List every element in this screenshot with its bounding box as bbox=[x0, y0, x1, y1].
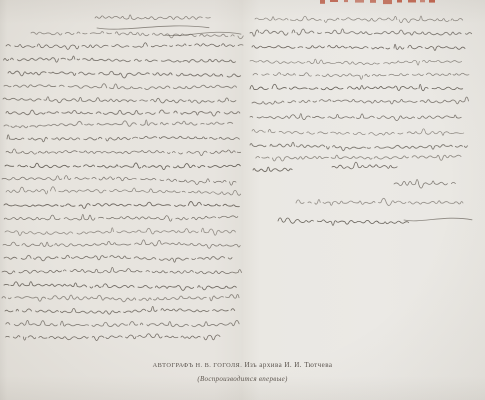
handwriting-line-left bbox=[4, 282, 236, 291]
postscript-line bbox=[296, 198, 463, 205]
handwriting-line-left bbox=[5, 163, 240, 170]
handwriting-line-left bbox=[6, 43, 243, 50]
caption-source: Изъ архива И. И. Тютчева bbox=[244, 361, 332, 369]
cropped-red-title-fragment bbox=[383, 0, 392, 4]
handwriting-line-left bbox=[6, 149, 241, 156]
handwriting-word bbox=[253, 167, 292, 171]
handwriting-line-right bbox=[255, 16, 463, 23]
handwriting-line-left bbox=[4, 201, 239, 208]
letter-valediction bbox=[332, 162, 397, 169]
handwriting-line-left bbox=[5, 228, 235, 236]
handwriting-line-right bbox=[250, 84, 463, 90]
salutation-underline-flourish bbox=[97, 26, 209, 29]
handwriting-line-right bbox=[250, 114, 461, 121]
handwriting-line-right bbox=[256, 155, 461, 161]
handwriting-line-left bbox=[4, 84, 237, 90]
handwriting-line-left bbox=[3, 97, 236, 104]
cropped-red-title-fragment bbox=[355, 0, 364, 3]
handwriting-line-right bbox=[250, 59, 462, 65]
handwriting-line-left bbox=[3, 240, 240, 248]
handwriting-line-left bbox=[6, 110, 240, 116]
cropped-red-title-fragment bbox=[370, 0, 376, 3]
caption: АВТОГРАФЪ Н. В. ГОГОЛЯ. Изъ архива И. И.… bbox=[0, 361, 485, 383]
caption-title: АВТОГРАФЪ Н. В. ГОГОЛЯ. bbox=[153, 362, 243, 369]
handwriting-line-left bbox=[7, 135, 239, 142]
cropped-red-title-fragment bbox=[330, 0, 338, 2]
cropped-red-title-fragment bbox=[420, 0, 425, 2]
letter-salutation bbox=[95, 15, 210, 20]
handwriting-line-left bbox=[2, 294, 239, 301]
handwriting-line-right bbox=[252, 97, 468, 104]
handwriting-line-left bbox=[4, 255, 232, 262]
postscript-line bbox=[278, 218, 409, 226]
handwriting-ink-layer bbox=[0, 0, 485, 400]
handwriting-line-left bbox=[5, 306, 235, 314]
handwriting-line-left bbox=[6, 334, 220, 341]
handwriting-line-right bbox=[250, 142, 467, 150]
handwriting-line-left bbox=[6, 187, 241, 195]
cropped-red-title-fragment bbox=[429, 0, 435, 3]
handwriting-line-right bbox=[250, 29, 472, 36]
caption-line-1: АВТОГРАФЪ Н. В. ГОГОЛЯ. Изъ архива И. И.… bbox=[0, 361, 485, 369]
cropped-red-title-fragment bbox=[344, 0, 348, 2]
caption-note: (Воспроизводится впервые) bbox=[0, 375, 485, 383]
cropped-red-title-fragment bbox=[397, 0, 402, 3]
gogol-signature bbox=[394, 180, 455, 189]
handwriting-line-left bbox=[4, 56, 236, 62]
handwriting-line-left bbox=[2, 267, 241, 274]
handwriting-line-left bbox=[4, 214, 238, 221]
cropped-red-title-fragment bbox=[320, 0, 325, 4]
handwriting-line-right bbox=[252, 44, 465, 50]
handwriting-line-left bbox=[2, 176, 236, 186]
cropped-red-title-fragment bbox=[408, 0, 416, 3]
handwriting-line-left bbox=[6, 320, 239, 326]
manuscript-photo: АВТОГРАФЪ Н. В. ГОГОЛЯ. Изъ архива И. И.… bbox=[0, 0, 485, 400]
handwriting-line-right bbox=[252, 129, 464, 136]
handwriting-line-right bbox=[253, 73, 469, 80]
postscript-tail-flourish bbox=[404, 218, 472, 221]
handwriting-line-left bbox=[4, 120, 233, 128]
handwriting-line-left bbox=[8, 71, 241, 78]
